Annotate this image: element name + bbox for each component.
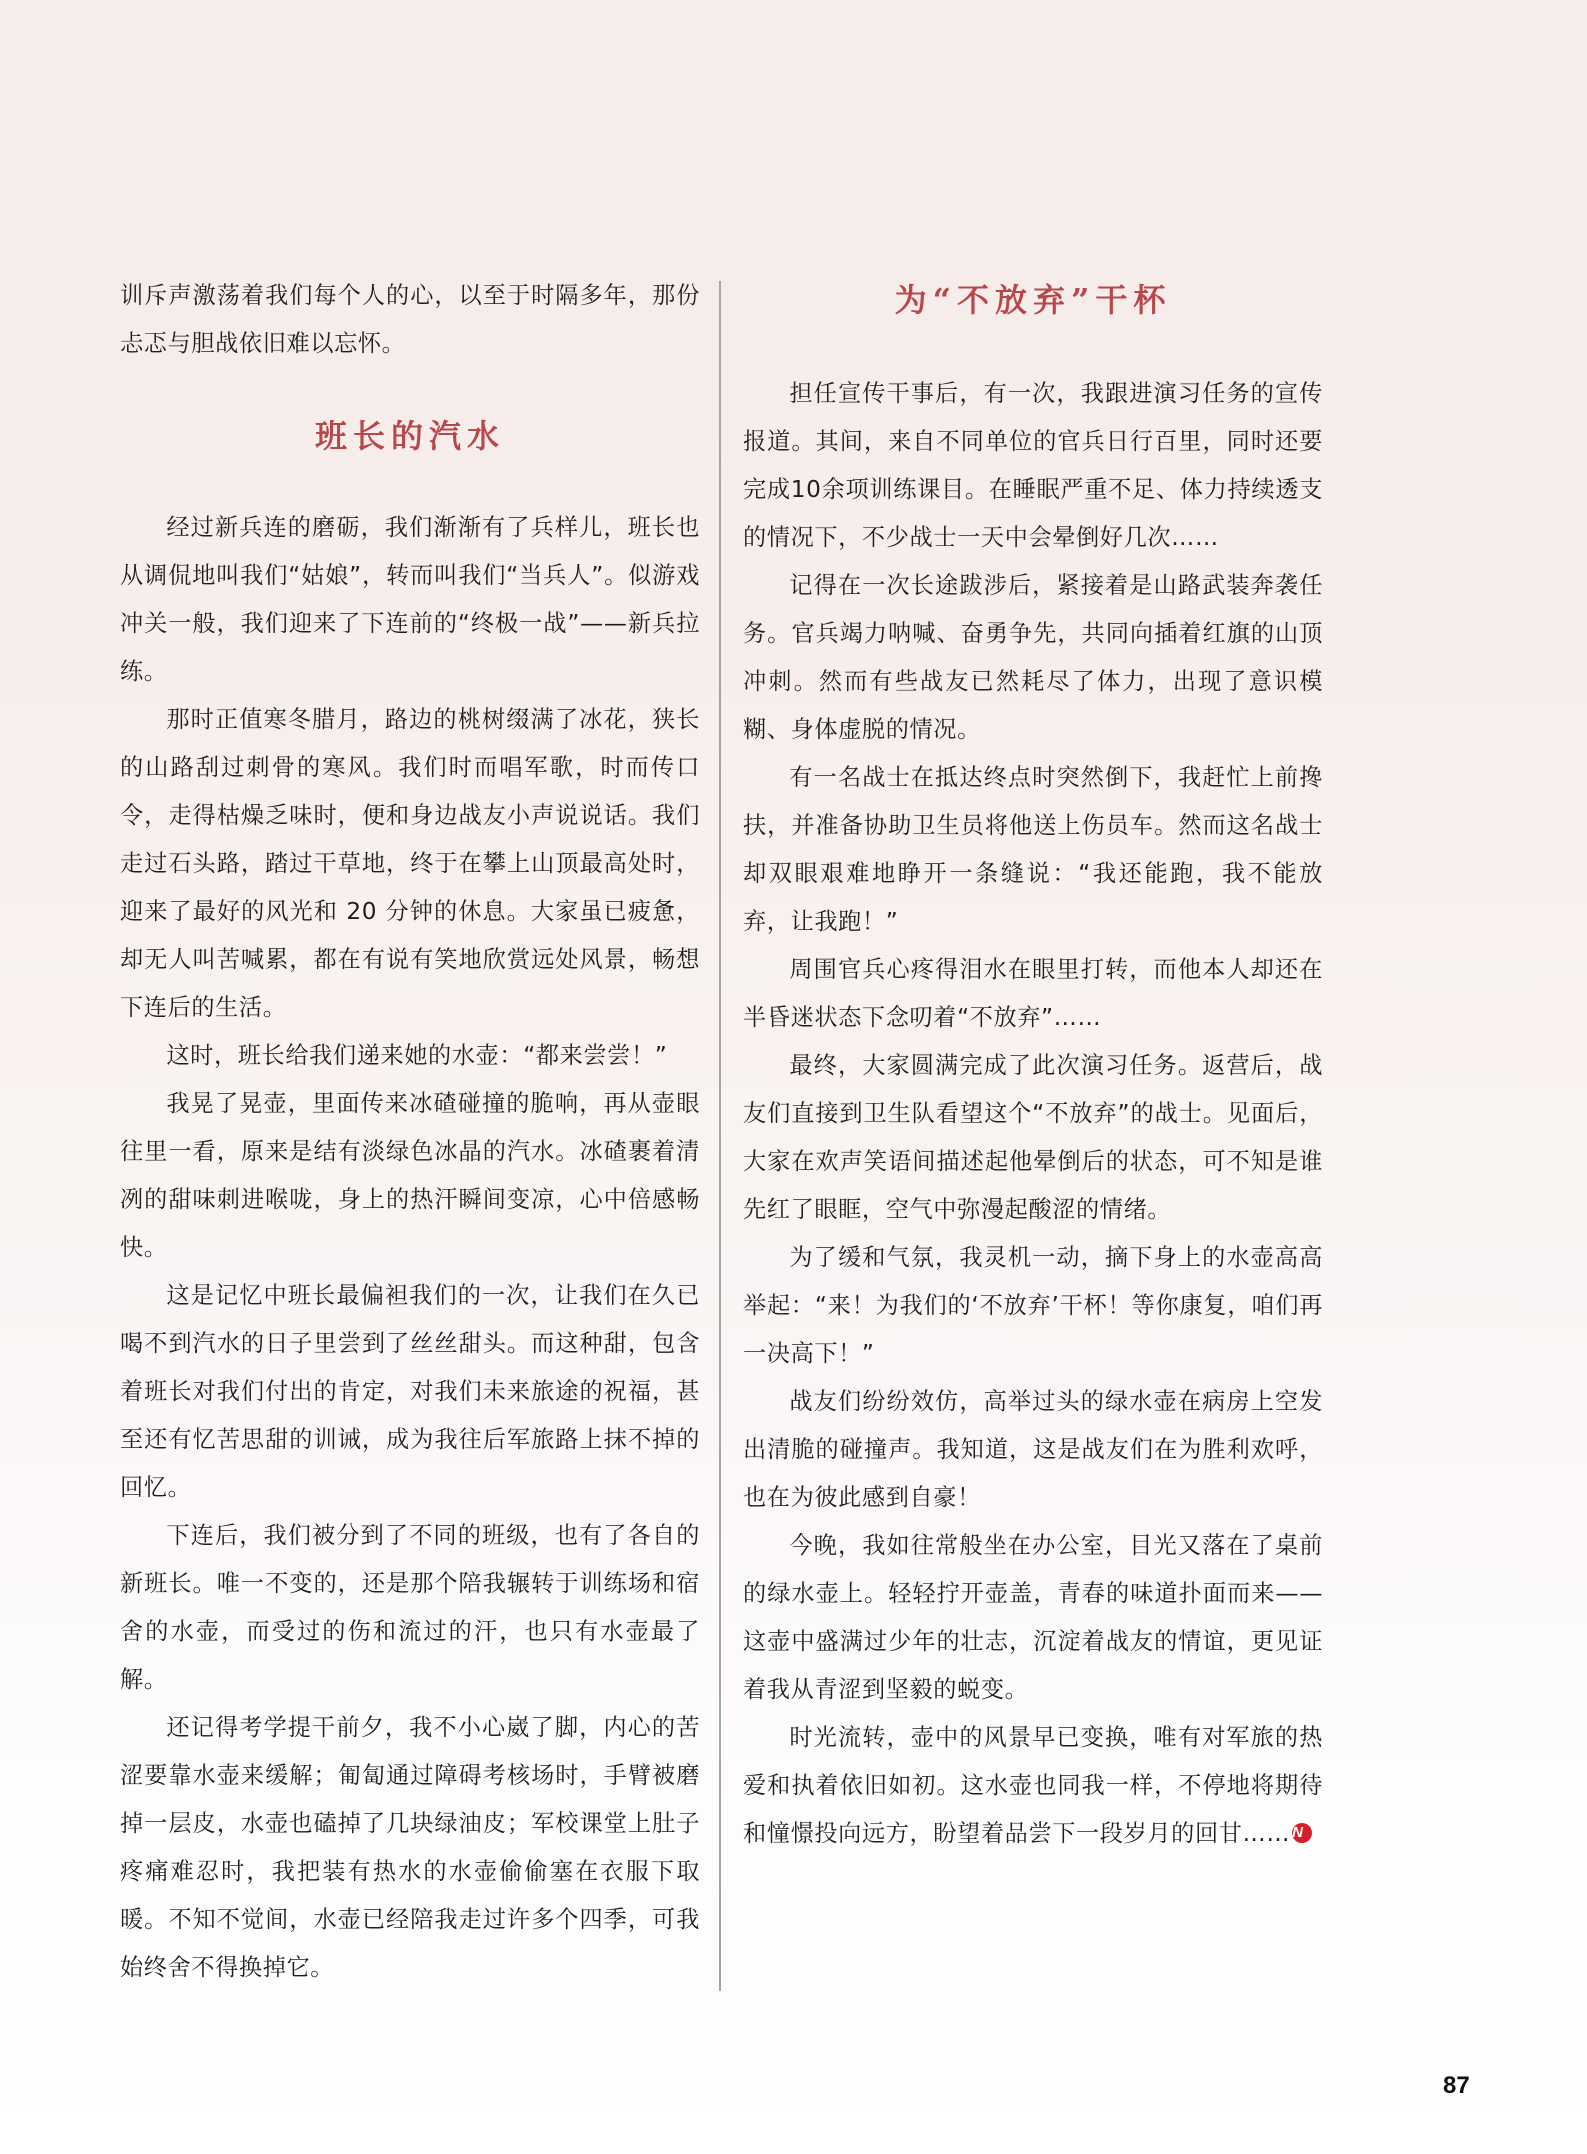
body-paragraph: 为了缓和气氛，我灵机一动，摘下身上的水壶高高举起：“来！为我们的‘不放弃’干杯！… [743,1234,1323,1378]
body-paragraph: 那时正值寒冬腊月，路边的桃树缀满了冰花，狭长的山路刮过刺骨的寒风。我们时而唱军歌… [120,696,700,1032]
page-number: 87 [1443,2072,1470,2100]
column-divider [719,281,721,1991]
body-paragraph: 担任宣传干事后，有一次，我跟进演习任务的宣传报道。其间，来自不同单位的官兵日行百… [743,370,1323,562]
final-paragraph-text: 时光流转，壶中的风景早已变换，唯有对军旅的热爱和执着依旧如初。这水壶也同我一样，… [743,1724,1323,1847]
body-paragraph: 最终，大家圆满完成了此次演习任务。返营后，战友们直接到卫生队看望这个“不放弃”的… [743,1042,1323,1234]
body-paragraph: 记得在一次长途跋涉后，紧接着是山路武装奔袭任务。官兵竭力呐喊、奋勇争先，共同向插… [743,562,1323,754]
body-paragraph: 这时，班长给我们递来她的水壶：“都来尝尝！” [120,1032,700,1080]
body-paragraph: 这是记忆中班长最偏袒我们的一次，让我们在久已喝不到汽水的日子里尝到了丝丝甜头。而… [120,1272,700,1512]
body-paragraph: 我晃了晃壶，里面传来冰碴碰撞的脆响，再从壶眼往里一看，原来是结有淡绿色冰晶的汽水… [120,1080,700,1272]
body-paragraph: 下连后，我们被分到了不同的班级，也有了各自的新班长。唯一不变的，还是那个陪我辗转… [120,1512,700,1704]
section-heading-toast-to-never-give-up: 为“不放弃”干杯 [743,276,1323,324]
continued-paragraph: 训斥声激荡着我们每个人的心，以至于时隔多年，那份忐忑与胆战依旧难以忘怀。 [120,272,700,368]
final-paragraph: 时光流转，壶中的风景早已变换，唯有对军旅的热爱和执着依旧如初。这水壶也同我一样，… [743,1714,1323,1858]
left-column: 训斥声激荡着我们每个人的心，以至于时隔多年，那份忐忑与胆战依旧难以忘怀。 班长的… [120,272,700,1992]
body-paragraph: 战友们纷纷效仿，高举过头的绿水壶在病房上空发出清脆的碰撞声。我知道，这是战友们在… [743,1378,1323,1522]
body-paragraph: 还记得考学提干前夕，我不小心崴了脚，内心的苦涩要靠水壶来缓解；匍匐通过障碍考核场… [120,1704,700,1992]
right-column: 为“不放弃”干杯 担任宣传干事后，有一次，我跟进演习任务的宣传报道。其间，来自不… [743,272,1323,1858]
end-mark-icon: N [1292,1823,1312,1843]
body-paragraph: 经过新兵连的磨砺，我们渐渐有了兵样儿，班长也从调侃地叫我们“姑娘”，转而叫我们“… [120,504,700,696]
body-paragraph: 周围官兵心疼得泪水在眼里打转，而他本人却还在半昏迷状态下念叨着“不放弃”…… [743,946,1323,1042]
body-paragraph: 有一名战士在抵达终点时突然倒下，我赶忙上前搀扶，并准备协助卫生员将他送上伤员车。… [743,754,1323,946]
section-heading-squad-leader-soda: 班长的汽水 [120,412,700,460]
body-paragraph: 今晚，我如往常般坐在办公室，目光又落在了桌前的绿水壶上。轻轻拧开壶盖，青春的味道… [743,1522,1323,1714]
